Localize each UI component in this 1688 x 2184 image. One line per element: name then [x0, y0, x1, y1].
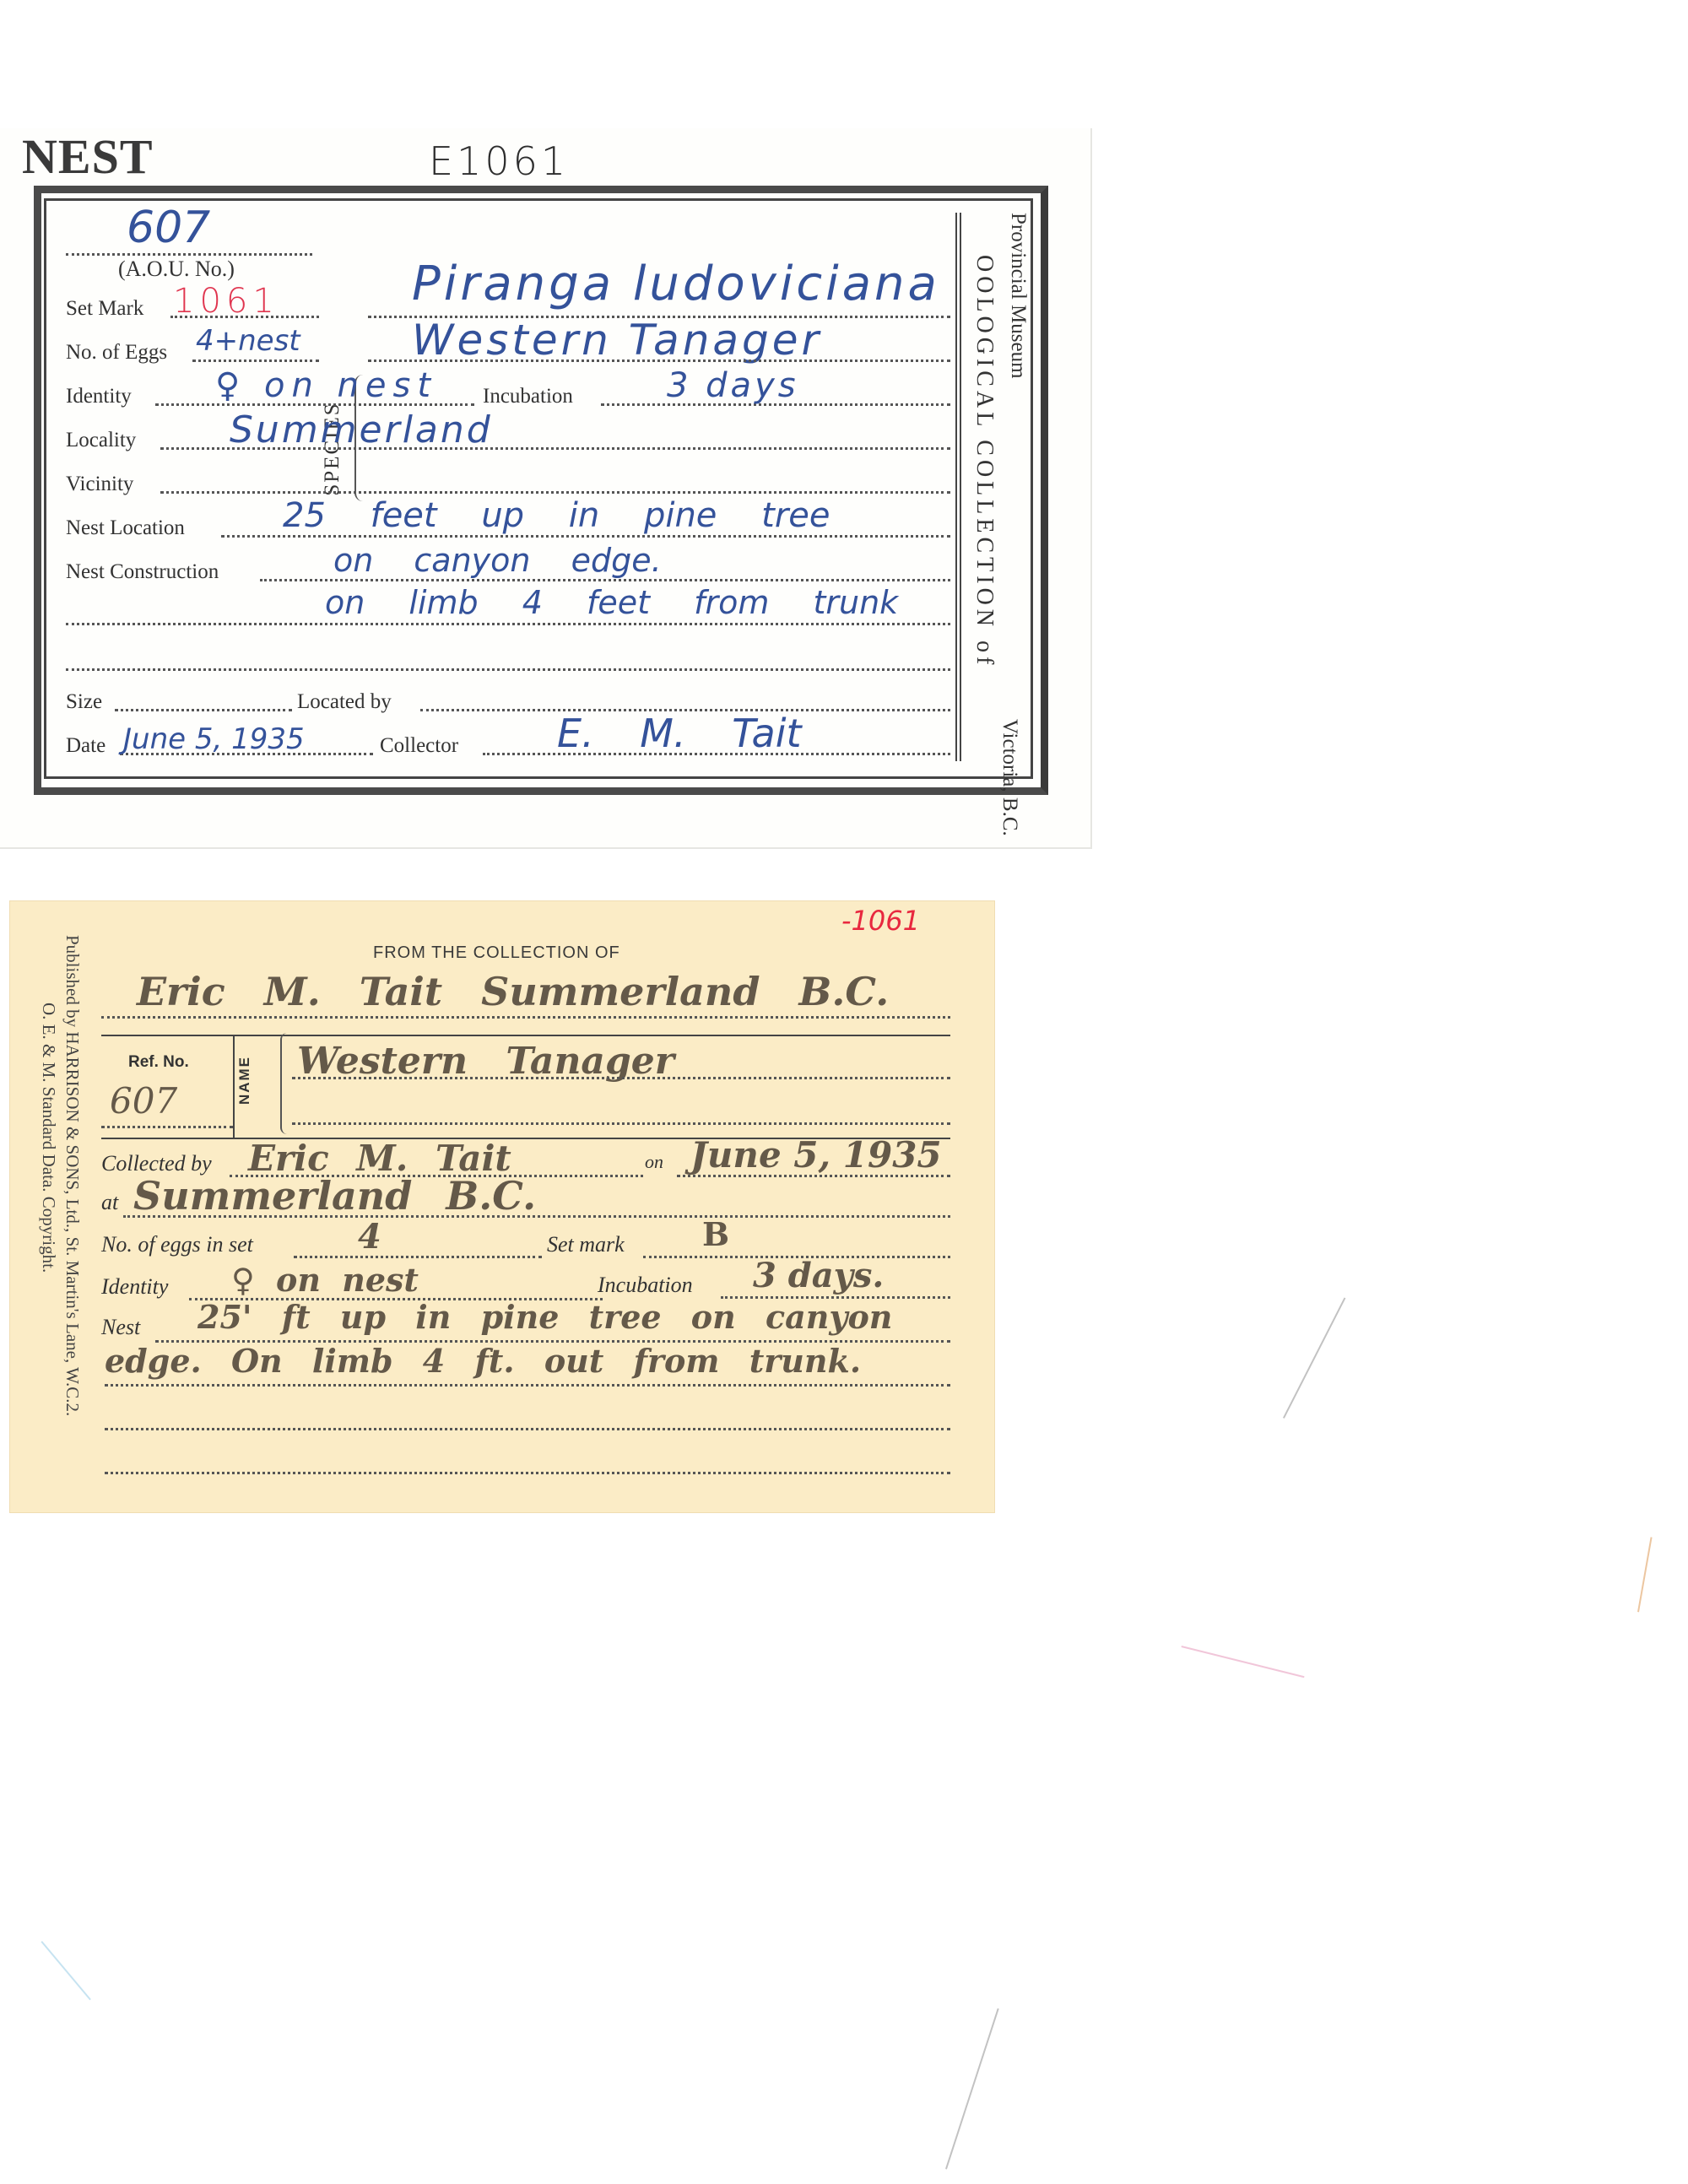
owner-value: Eric M. Tait Summerland B.C. [137, 969, 889, 1014]
set-mark-label: Set Mark [66, 297, 143, 321]
scan-artifact [1283, 1297, 1345, 1418]
identity-label: Identity [66, 385, 132, 408]
set-mark-value: B [702, 1215, 729, 1253]
institution-label: OOLOGICAL COLLECTION of Provincial Museu… [962, 213, 1033, 761]
date-value: June 5, 1935 [123, 722, 305, 756]
nest-value-continued: edge. On limb 4 ft. out from trunk. [105, 1342, 861, 1380]
publisher-line-2: Published by HARRISON & SONS, Ltd., St. … [62, 935, 83, 1416]
nest-location-label: Nest Location [66, 516, 185, 540]
incubation-label: Incubation [483, 385, 573, 408]
nest-construction-value: on canyon edge. [333, 542, 662, 579]
collection-heading: FROM THE COLLECTION OF [373, 943, 620, 963]
at-value: Summerland B.C. [133, 1173, 536, 1219]
no-of-eggs-label: No. of Eggs [66, 341, 167, 365]
species-scientific-value: Piranga ludoviciana [412, 257, 940, 311]
nest-notes-value: on limb 4 feet from trunk [325, 584, 898, 621]
scan-artifact [945, 2008, 999, 2170]
nest-location-value: 25 feet up in pine tree [283, 496, 830, 535]
incubation-value: 3 days. [753, 1256, 884, 1295]
aou-number-value: 607 [127, 203, 210, 253]
locality-value: Summerland [230, 408, 493, 451]
name-label: NAME [236, 1030, 267, 1131]
scan-artifact [41, 1941, 90, 2000]
incubation-label: Incubation [598, 1273, 693, 1298]
scan-artifact [1182, 1646, 1305, 1678]
side-double-rule [955, 213, 961, 761]
nest-record-card: NEST E1061 OOLOGICAL COLLECTION of Provi… [0, 128, 1092, 849]
at-label: at [101, 1190, 118, 1215]
nest-construction-label: Nest Construction [66, 560, 219, 584]
locality-label: Locality [66, 429, 136, 452]
aou-number-label: (A.O.U. No.) [118, 257, 235, 282]
collection-date-value: June 5, 1935 [690, 1134, 942, 1176]
size-label: Size [66, 690, 102, 714]
collection-record-card: O. E. & M. Standard Data. Copyright. Pub… [10, 901, 994, 1512]
no-of-eggs-in-set-label: No. of eggs in set [101, 1232, 253, 1257]
publisher-line-1: O. E. & M. Standard Data. Copyright. [38, 1003, 59, 1273]
incubation-value: 3 days [667, 366, 799, 405]
nest-label: Nest [101, 1315, 140, 1340]
species-common-value: Western Tanager [412, 316, 822, 365]
identity-value: ♀ on nest [231, 1261, 419, 1299]
identity-value: ♀ on nest [215, 366, 437, 405]
ref-no-value: 607 [110, 1080, 177, 1122]
set-mark-label: Set mark [547, 1232, 625, 1257]
nest-value: 25' ft up in pine tree on canyon [197, 1298, 892, 1336]
institution-city: Victoria, B.C. [987, 719, 1021, 846]
collector-value: E. M. Tait [557, 711, 802, 756]
vicinity-label: Vicinity [66, 473, 133, 496]
institution-title: OOLOGICAL COLLECTION of [971, 255, 998, 668]
set-mark-value: 1061 [173, 282, 279, 321]
ref-no-label: Ref. No. [128, 1053, 189, 1072]
date-label: Date [66, 734, 105, 758]
no-of-eggs-value: 4+nest [196, 324, 300, 358]
no-of-eggs-in-set-value: 4 [358, 1217, 381, 1257]
catalog-number: E1061 [429, 138, 569, 184]
institution-museum: Provincial Museum [1006, 213, 1030, 379]
name-brace [280, 1033, 289, 1134]
located-by-label: Located by [297, 690, 392, 714]
scan-artifact [1637, 1537, 1653, 1612]
publisher-imprint: O. E. & M. Standard Data. Copyright. Pub… [20, 935, 91, 1509]
identity-label: Identity [101, 1274, 168, 1300]
on-label: on [645, 1151, 663, 1173]
collector-label: Collector [380, 734, 458, 758]
card-title: NEST [22, 128, 154, 185]
red-catalog-number: -1061 [841, 905, 920, 937]
